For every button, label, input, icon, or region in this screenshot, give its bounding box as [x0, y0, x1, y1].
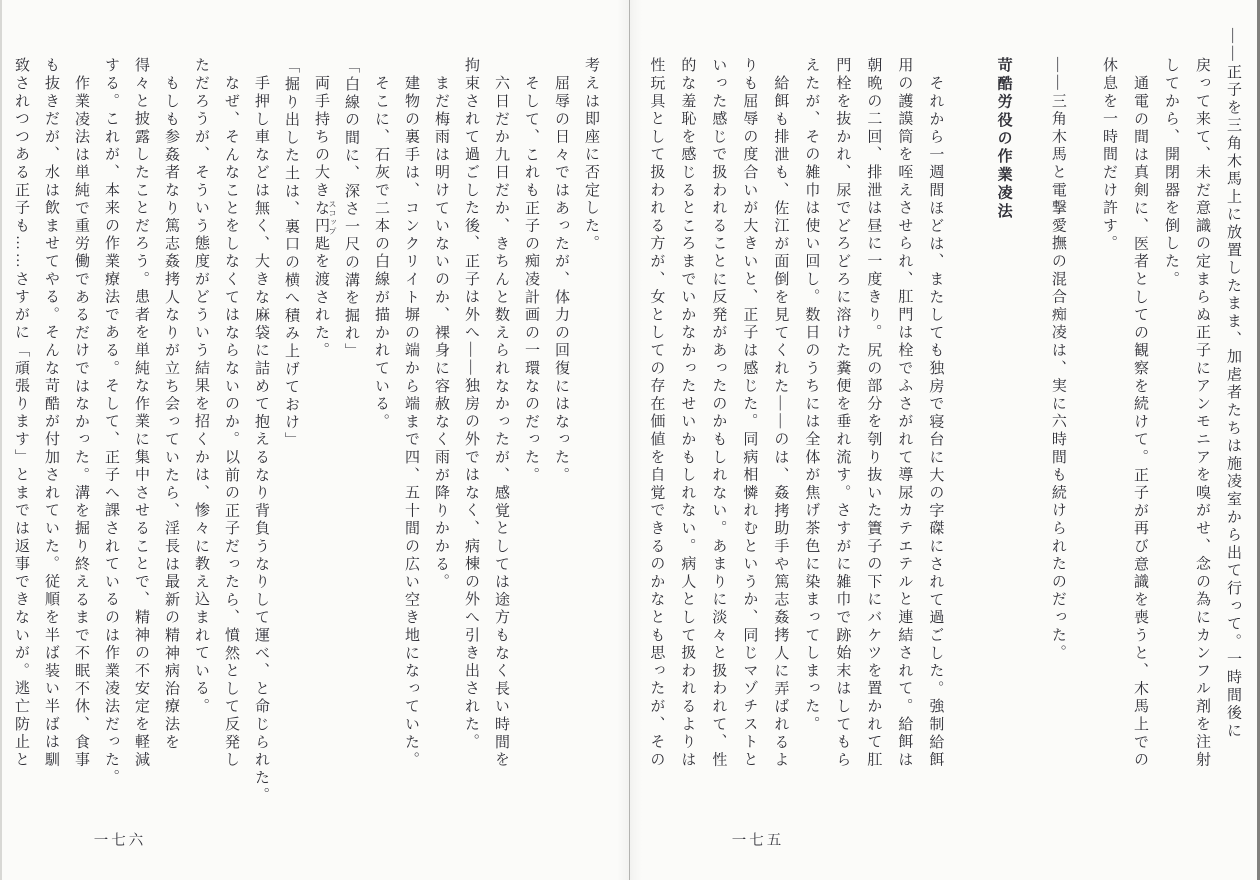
text-column: 致されつつある正子も……さすがに「頑張ります」とまでは返事できないが。逃亡防止と: [11, 57, 30, 769]
page-right: ——正子を三角木馬上に放置したまま、加虐者たちは施凌室から出て行って。一時間後に…: [630, 0, 1260, 880]
text-column: いった感じで扱われることに反発があったのかもしれない。あまりに淡々と扱われて、性: [708, 57, 727, 769]
text-column: そこに、石灰で二本の白線が描かれている。: [371, 75, 390, 431]
page-left: 考えは即座に否定した。屈辱の日々ではあったが、体力の回復にはなった。そして、これ…: [0, 0, 630, 880]
page-number-right: 一七五: [713, 829, 803, 850]
text-column: 手押し車などは無く、大きな麻袋に詰めて抱えるなり背負うなりして運べ、と命じられた…: [251, 75, 270, 805]
furigana-scoop: スコップ: [328, 200, 337, 236]
text-column: なぜ、そんなことをしなくてはならないのか。以前の正子だったら、憤然として反発し: [221, 75, 240, 769]
text-column: ——正子を三角木馬上に放置したまま、加虐者たちは施凌室から出て行って。一時間後に: [1223, 28, 1242, 740]
page-number-left: 一七六: [75, 829, 165, 850]
text-column: えたが、その雑巾は使い回し。数日のうちには全体が焦げ茶色に染まってしまった。: [801, 57, 820, 733]
text-column: 「白線の間に、深さ一尺の溝を掘れ」: [341, 58, 360, 361]
text-column: りも屈辱の度合いが大きいと、正子は感じた。同病相憐れむというか、同じマゾチストと: [739, 57, 758, 769]
book-spread: ——正子を三角木馬上に放置したまま、加虐者たちは施凌室から出て行って。一時間後に…: [0, 0, 1260, 880]
text-column: 「掘り出した土は、裏口の横へ積み上げておけ」: [281, 58, 300, 450]
text-column: 門栓を抜かれ、尿でどろどろに溶けた糞便を垂れ流す。さすがに雑巾で跡始末はしてもら: [832, 57, 851, 769]
text-column: 建物の裏手は、コンクリイト塀の端から端まで四、五十間の広い空き地になっていた。: [401, 75, 420, 769]
text-column: ただろうが、そういう態度がどういう結果を招くかは、惨々に教え込まれている。: [191, 57, 210, 716]
text-column: 的な羞恥を感じるところまでいかなかったせいかもしれない。病人として扱われるよりは: [677, 57, 696, 769]
gutter-shadow-left: [617, 0, 629, 880]
text-column: 朝晩の二回、排泄は昼に一度きり。尻の部分を刳り抜いた簀子の下にバケツを置かれて肛: [863, 57, 882, 769]
text-column: も抜きだが、水は飲ませてやる。そんな苛酷が付加されていた。従順を半ば装い半ばは馴: [41, 57, 60, 769]
text-column: 屈辱の日々ではあったが、体力の回復にはなった。: [551, 75, 570, 484]
text-column: ——三角木馬と電撃愛撫の混合痴凌は、実に六時間も続けられたのだった。: [1048, 57, 1067, 662]
text-column: 性玩具として扱われる方が、女としての存在価値を自覚できるのかなとも思ったが、その: [646, 57, 665, 769]
text-column: まだ梅雨は明けていないのか、裸身に容赦なく雨が降りかかる。: [431, 75, 450, 591]
text-column: 用の護謨筒を咥えさせられ、肛門は栓でふさがれて導尿カテエテルと連結されて。給餌は: [894, 57, 913, 769]
text-column: そして、これも正子の痴凌計画の一環なのだった。: [521, 75, 540, 484]
text-column: 考えは即座に否定した。: [581, 57, 600, 253]
text-column: する。これが、本来の作業療法である。そして、正子へ課されているのは作業凌法だった…: [101, 57, 120, 787]
section-heading: 苛酷労役の作業凌法: [994, 57, 1013, 221]
text-column: 戻って来て、未だ意識の定まらぬ正子にアンモニアを嗅がせ、念の為にカンフル剤を注射: [1192, 57, 1211, 769]
text-column: 得々と披露したことだろう。患者を単純な作業に集中させることで、精神の不安定を軽減: [131, 57, 150, 769]
page-edge-left: [0, 0, 2, 880]
page-divider: [629, 0, 630, 880]
text-column: 休息を一時間だけ許す。: [1099, 57, 1118, 253]
text-column: 通電の間は真剣に、医者としての観察を続けて。正子が再び意識を喪うと、木馬上での: [1130, 75, 1149, 769]
text-column: してから、開閉器を倒した。: [1161, 57, 1180, 288]
text-column: それから一週間ほどは、またしても独房で寝台に大の字磔にされて過ごした。強制給餌: [925, 75, 944, 769]
text-column: 給餌も排泄も、佐江が面倒を見てくれた——のは、姦拷助手や篤志姦拷人に弄ばれるよ: [770, 75, 789, 769]
text-column: 作業凌法は単純で重労働であるだけではなかった。溝を掘り終えるまで不眠不休、食事: [71, 75, 90, 769]
text-column: もしも参姦者なり篤志姦拷人なりが立ち会っていたら、淫長は最新の精神病治療法を: [161, 75, 180, 751]
text-column: 六日だか九日だか、きちんと数えられなかったが、感覚としては途方もなく長い時間を: [491, 75, 510, 769]
text-column: 拘束されて過ごした後、正子は外へ——独房の外ではなく、病棟の外へ引き出された。: [461, 57, 480, 751]
gutter-shadow-right: [630, 0, 642, 880]
